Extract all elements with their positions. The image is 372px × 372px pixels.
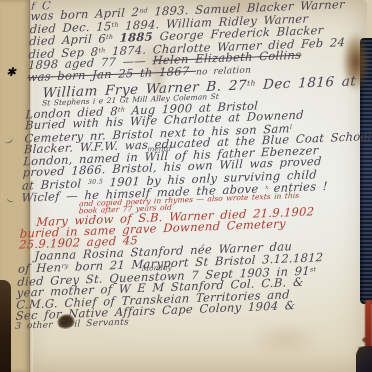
edge-ink-mark: [3, 134, 14, 145]
manuscript-segment: l: [290, 124, 293, 131]
edge-ink-mark: [6, 195, 15, 203]
margin-star-mark: ✱: [6, 66, 16, 78]
manuscript-segment: st: [310, 266, 317, 273]
corner-bottom-right: [356, 346, 372, 372]
interline-note: Monday: [141, 264, 171, 272]
manuscript-segment: no relation: [196, 65, 252, 77]
manuscript-text: f Cwas born April 2nd 1893. Samuel Black…: [13, 0, 372, 371]
book-cover-corner-bottom-left: [0, 280, 11, 372]
book-photo: ✱ f Cwas born April 2nd 1893. Samuel Bla…: [0, 0, 372, 372]
manuscript-segment: nd: [139, 8, 148, 15]
manuscript-segment: 30.5: [88, 178, 104, 186]
interline-note: mentd: [147, 145, 171, 153]
